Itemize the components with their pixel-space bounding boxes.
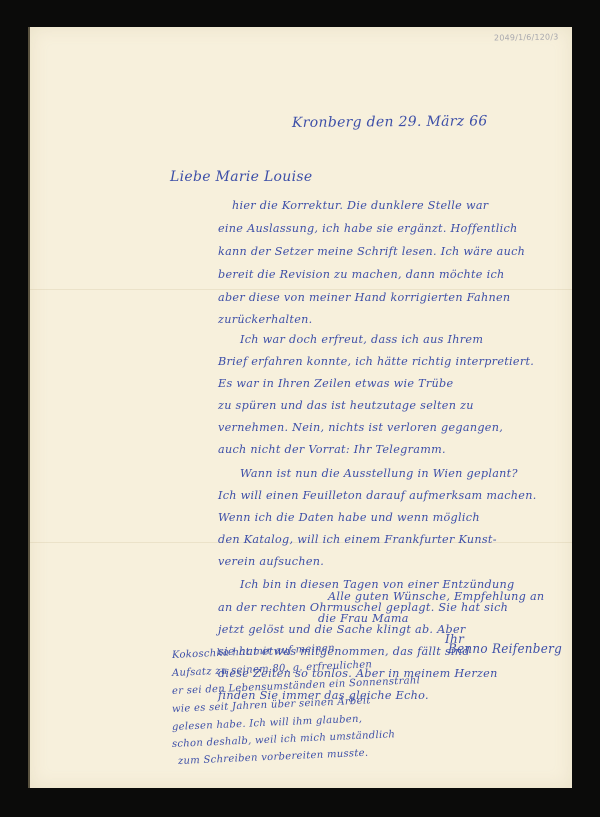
body-line: kann der Setzer meine Schrift lesen. Ich… (218, 245, 525, 258)
body-line: zu spüren und das ist heutzutage selten … (218, 399, 474, 412)
signature-name: Benno Reifenberg (448, 642, 562, 657)
body-line: Ich will einen Feuilleton darauf aufmerk… (218, 489, 537, 502)
salutation: Liebe Marie Louise (170, 169, 312, 185)
fold-line (30, 289, 572, 290)
body-line: eine Auslassung, ich habe sie ergänzt. H… (218, 222, 518, 235)
body-line: Es war in Ihren Zeilen etwas wie Trübe (218, 377, 453, 390)
body-line: vernehmen. Nein, nichts ist verloren geg… (218, 421, 503, 434)
letter-page: 2049/1/6/120/3 Kronberg den 29. März 66 … (28, 27, 572, 788)
place-date: Kronberg den 29. März 66 (292, 113, 488, 131)
body-line: verein aufsuchen. (218, 555, 324, 568)
body-line: den Katalog, will ich einem Frankfurter … (218, 533, 497, 546)
body-line: Wenn ich die Daten habe und wenn möglich (218, 511, 480, 524)
body-line: aber diese von meiner Hand korrigierten … (218, 291, 510, 304)
body-line: bereit die Revision zu machen, dann möch… (218, 268, 505, 281)
body-line: Brief erfahren konnte, ich hätte richtig… (218, 355, 534, 368)
archive-id: 2049/1/6/120/3 (493, 32, 558, 42)
closing-line: Alle guten Wünsche, Empfehlung an (328, 590, 544, 603)
body-line: zurückerhalten. (218, 313, 313, 326)
closing-line: die Frau Mama (318, 612, 409, 625)
body-line: Ich war doch erfreut, dass ich aus Ihrem (240, 333, 483, 346)
body-line: hier die Korrektur. Die dunklere Stelle … (232, 199, 488, 212)
body-line: Wann ist nun die Ausstellung in Wien gep… (240, 467, 518, 480)
body-line: auch nicht der Vorrat: Ihr Telegramm. (218, 443, 446, 456)
